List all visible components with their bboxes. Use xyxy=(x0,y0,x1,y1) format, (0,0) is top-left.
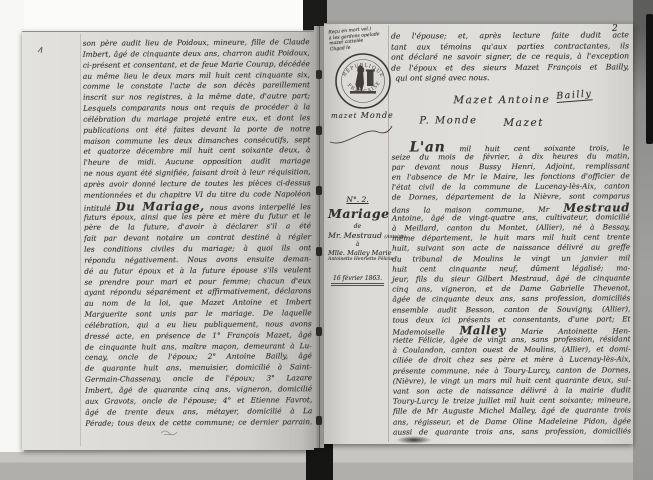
binding-stitch xyxy=(316,186,322,195)
scan-background-left xyxy=(0,0,24,452)
previous-act-closing: de l'épouse; et, après lecture faite dud… xyxy=(391,30,629,84)
binding-stitch xyxy=(316,327,322,336)
ink-check-mark-icon xyxy=(36,44,48,56)
act-bride-name-2: Antoinette Henriette Félicie xyxy=(328,257,387,262)
manuscript-line: fille de Mr Auguste Michel Malley, âgé d… xyxy=(393,406,631,417)
left-margin-rule xyxy=(80,34,81,446)
binding-gutter xyxy=(314,26,324,448)
act-preposition-de: de xyxy=(328,223,387,230)
manuscript-line: ciliée de droit chez ses père et mère à … xyxy=(393,355,631,366)
scan-background-top xyxy=(0,0,303,31)
signature-p-monde: P. Monde xyxy=(419,115,477,126)
act-date: 16 février 1863. xyxy=(331,275,384,286)
binding-stitch xyxy=(316,247,322,256)
act-bride-name: Mlle. Malley Marie xyxy=(328,249,387,257)
manuscript-line: âgée de cinquante deux ans, sans profess… xyxy=(392,294,630,305)
binding-stitch xyxy=(316,126,322,135)
act-number: N°. 2. xyxy=(328,195,387,204)
right-page-text-column: de l'épouse; et, après lecture faite dud… xyxy=(391,30,631,437)
signature-mazet-antoine: Mazet Antoine xyxy=(453,93,550,106)
republique-francaise-stamp-icon: RÉPUBLIQUE FRANÇAISE xyxy=(334,52,392,110)
register-scan-view: son père audit lieu de Poidoux, mineure,… xyxy=(0,0,653,480)
scan-edge-shadow xyxy=(646,14,653,144)
binding-stitch xyxy=(316,70,322,79)
signature-flourish xyxy=(328,122,394,148)
marriage-act-text: L'an mil huit cent soixante trois, lesei… xyxy=(392,141,632,438)
manuscript-line: de l'époux et des sieurs Mazet François … xyxy=(391,62,629,74)
manuscript-line: huit, suivant son acte de naissance déli… xyxy=(392,243,630,254)
ink-smudge xyxy=(396,436,432,444)
ink-end-scribble xyxy=(160,428,182,436)
manuscript-line: intitulé Du Mariage, nous avons interpel… xyxy=(84,200,311,212)
binding-stitch xyxy=(316,416,322,425)
act-groom-name: Mr. Mestraud (Antoine) xyxy=(328,231,387,240)
margin-act-label: N°. 2. Mariage de Mr. Mestraud (Antoine)… xyxy=(328,195,387,286)
left-page-text: son père audit lieu de Poidoux, mineure,… xyxy=(83,37,313,429)
manuscript-line: ont déclaré ne savoir signer, de ce requ… xyxy=(391,51,629,63)
margin-signature: mazet Monde xyxy=(331,111,394,120)
signatures-block: Mazet Antoine Bailly P. Monde Mazet xyxy=(391,83,629,142)
signature-bailly: Bailly xyxy=(556,88,593,103)
manuscript-line: de l'épouse; et, après lecture faite dud… xyxy=(391,30,629,42)
gutter-crease xyxy=(319,26,320,448)
manuscript-line: Pérade; tous deux de cette commune; ce d… xyxy=(85,417,312,429)
act-preposition-a: à xyxy=(328,241,387,248)
act-title: Mariage xyxy=(328,206,387,221)
signature-mazet: Mazet xyxy=(503,116,544,128)
